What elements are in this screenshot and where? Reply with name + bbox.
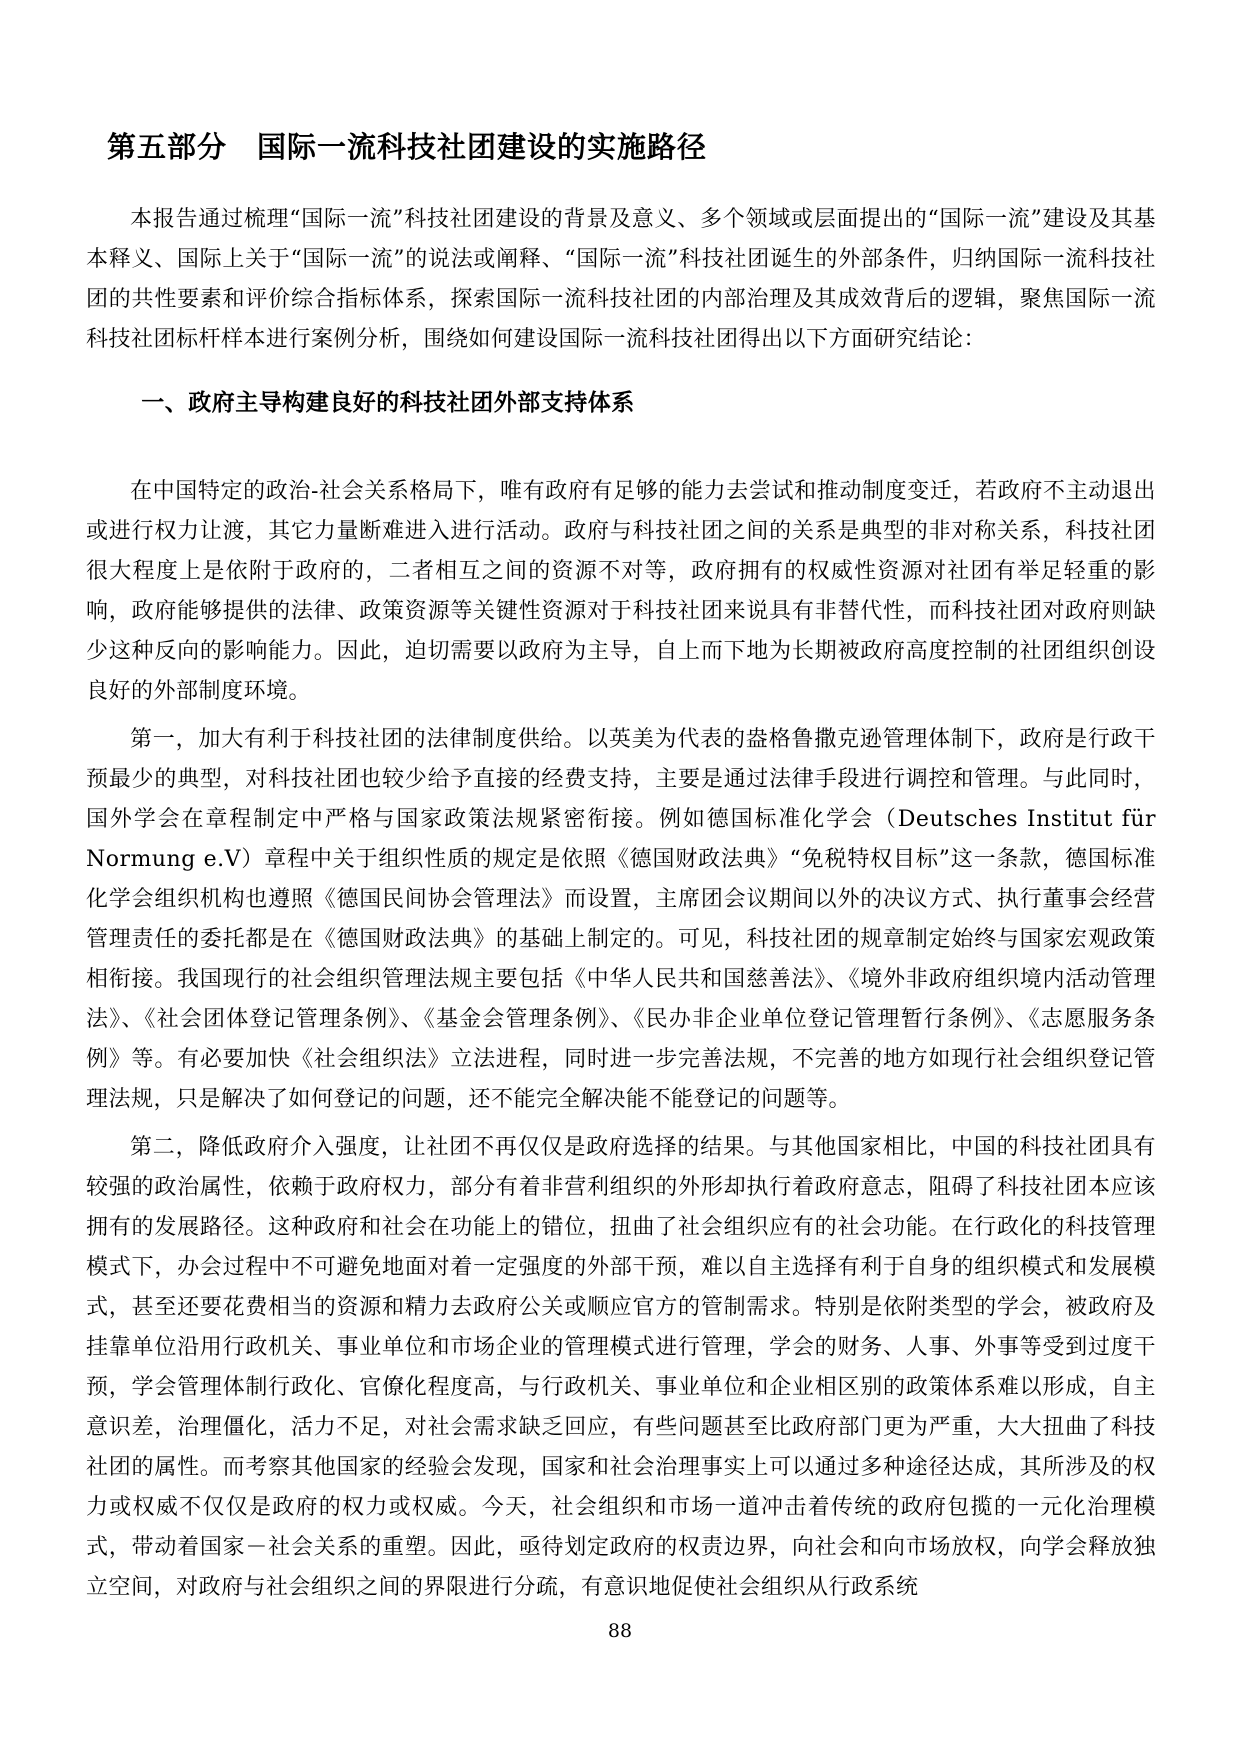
body-paragraph-2: 第一，加大有利于科技社团的法律制度供给。以英美为代表的盎格鲁撒克逊管理体制下，政… — [86, 720, 1156, 1120]
section-heading: 一、政府主导构建良好的科技社团外部支持体系 — [86, 382, 1156, 422]
page-content: 第五部分 国际一流科技社团建设的实施路径 本报告通过梳理“国际一流”科技社团建设… — [86, 128, 1156, 1616]
document-page: 第五部分 国际一流科技社团建设的实施路径 本报告通过梳理“国际一流”科技社团建设… — [0, 0, 1240, 1753]
body-paragraph-1: 在中国特定的政治-社会关系格局下，唯有政府有足够的能力去尝试和推动制度变迁，若政… — [86, 472, 1156, 712]
chapter-title: 第五部分 国际一流科技社团建设的实施路径 — [107, 128, 1156, 168]
intro-paragraph: 本报告通过梳理“国际一流”科技社团建设的背景及意义、多个领域或层面提出的“国际一… — [86, 200, 1156, 360]
page-number: 88 — [0, 1620, 1240, 1642]
body-paragraph-3: 第二，降低政府介入强度，让社团不再仅仅是政府选择的结果。与其他国家相比，中国的科… — [86, 1128, 1156, 1608]
